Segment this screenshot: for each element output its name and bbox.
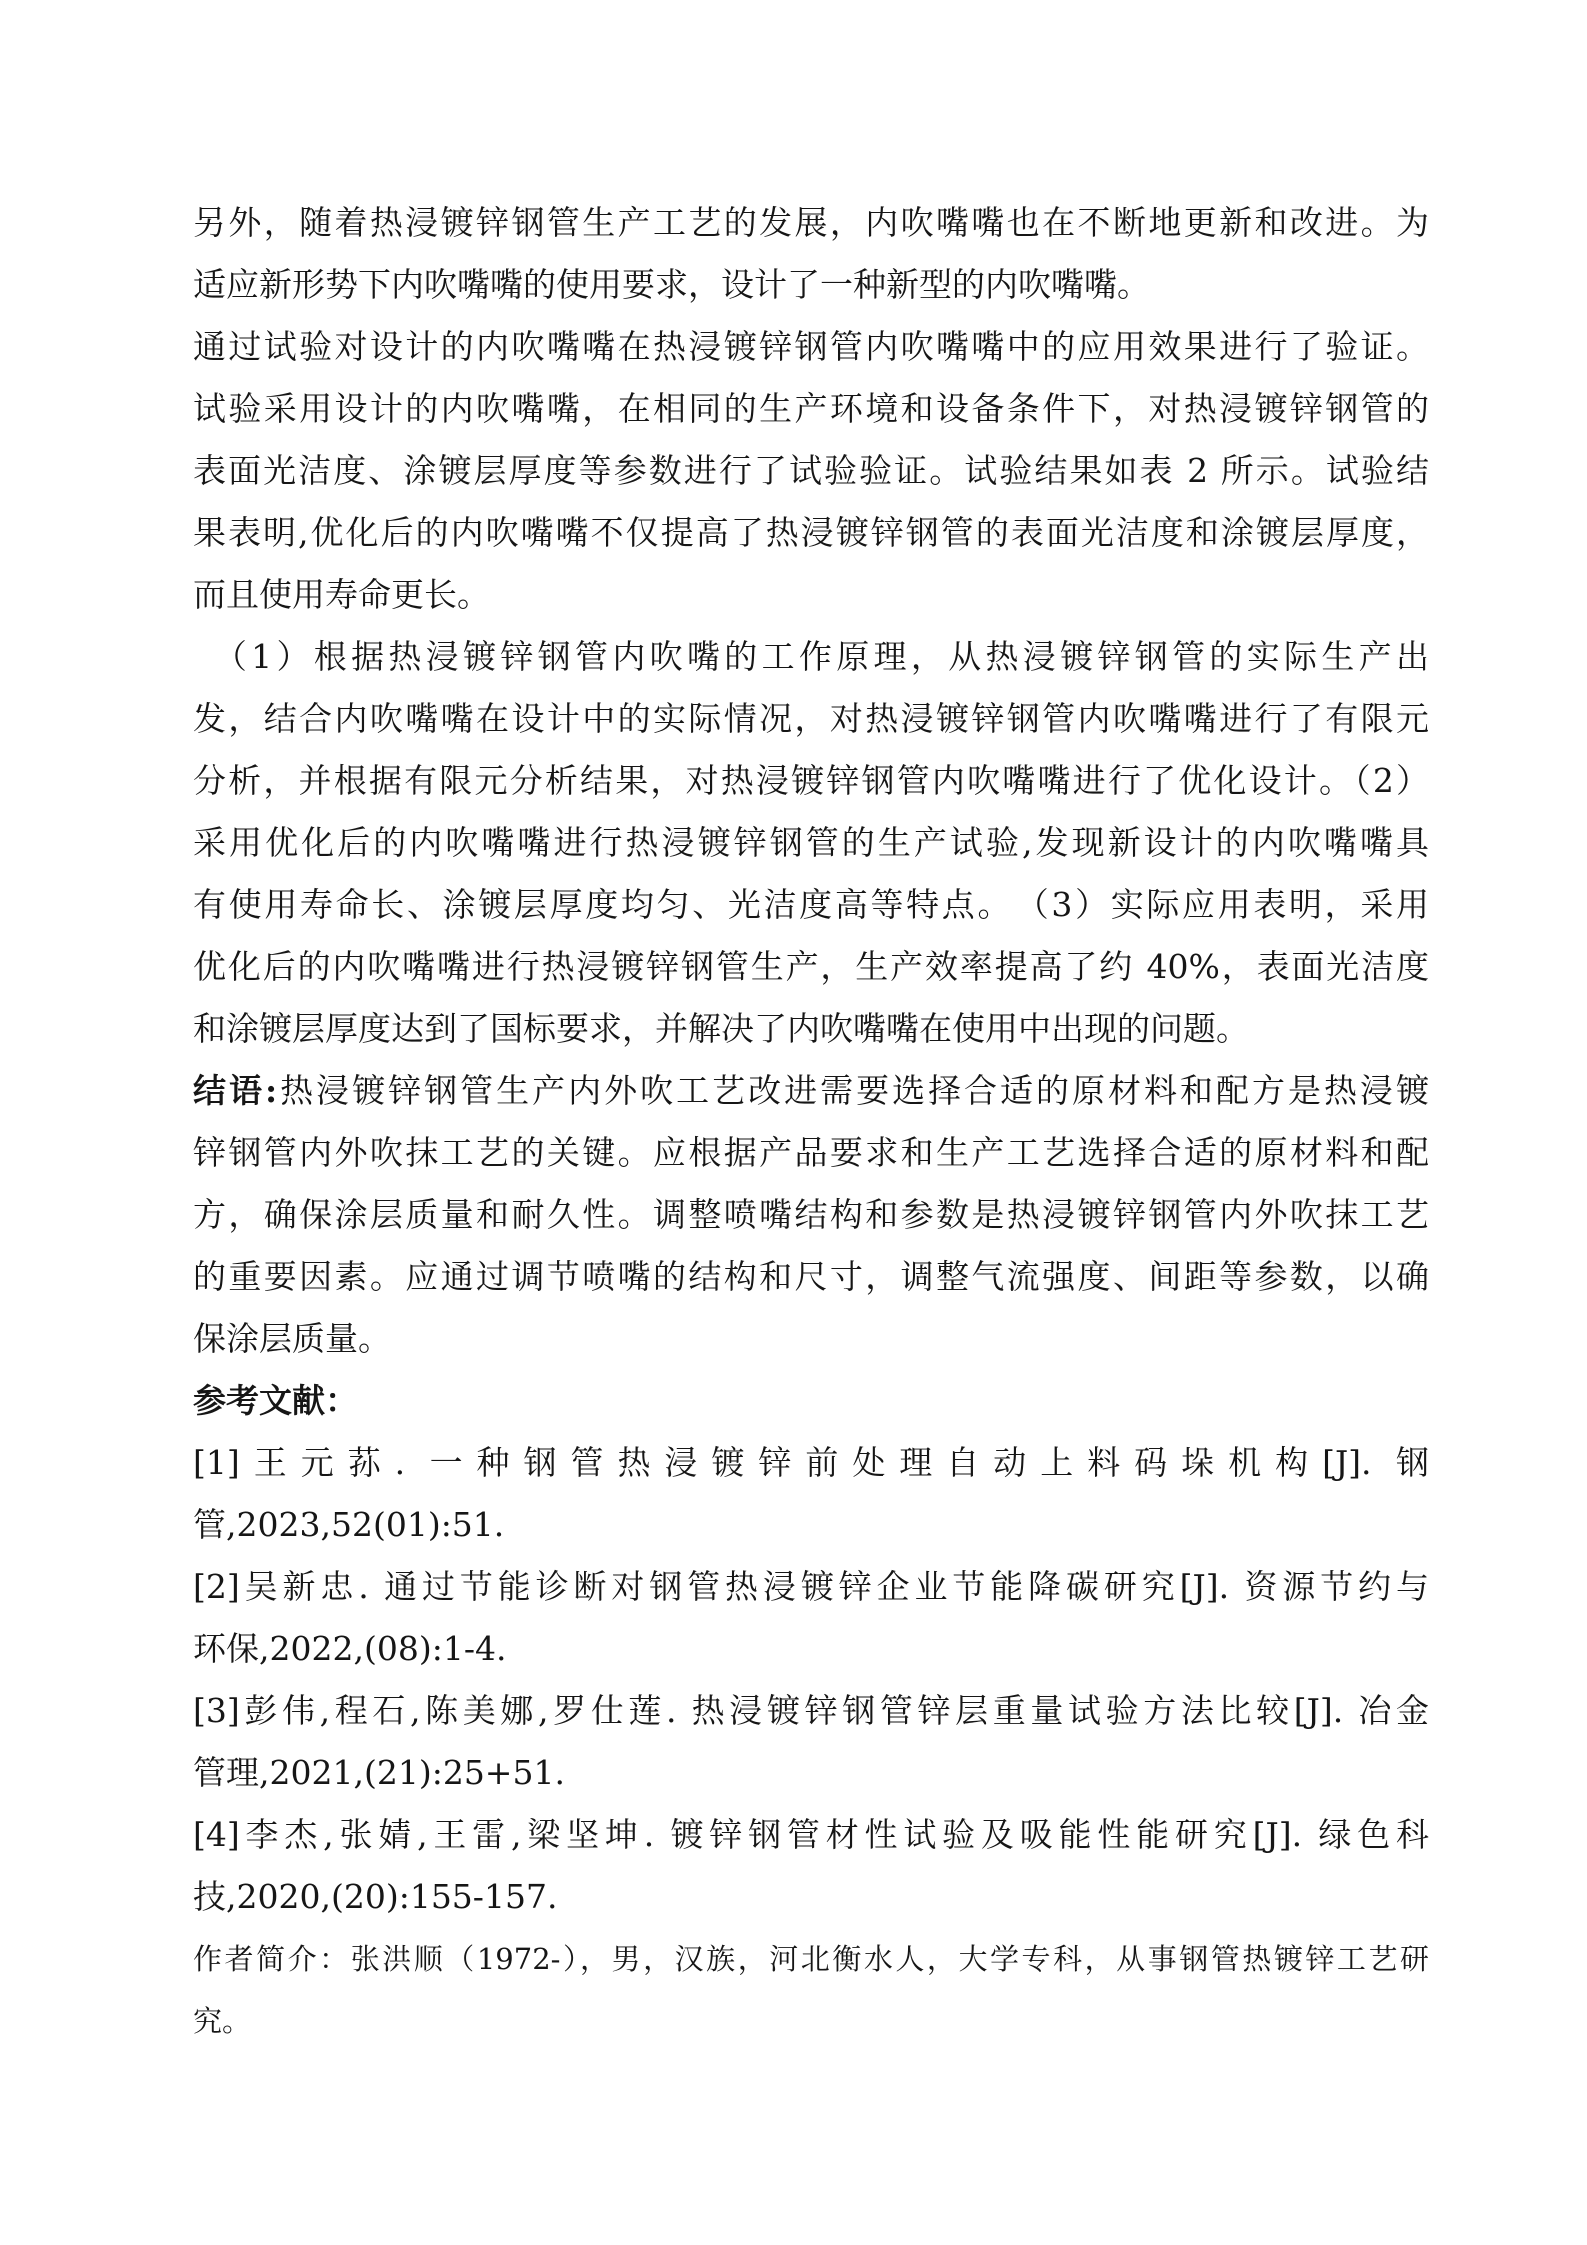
para-intro: 另外，随着热浸镀锌钢管生产工艺的发展，内吹嘴嘴也在不断地更新和改进。为适应新形势… [193,192,1429,316]
text-line: （1）根据热浸镀锌钢管内吹嘴的工作原理，从热浸镀锌钢管的实际生产出 [193,626,1429,688]
text-line: 表面光洁度、涂镀层厚度等参数进行了试验验证。试验结果如表 2 所示。试验结 [193,440,1429,502]
text-line: 分析，并根据有限元分析结果，对热浸镀锌钢管内吹嘴嘴进行了优化设计。（2） [193,750,1429,812]
text-line: [1]王元荪. 一种钢管热浸镀锌前处理自动上料码垛机构[J]. 钢 [193,1432,1429,1494]
reference-3: [3]彭伟,程石,陈美娜,罗仕莲. 热浸镀锌钢管锌层重量试验方法比较[J]. 冶… [193,1680,1429,1804]
text-line: 而且使用寿命更长。 [193,564,1429,626]
text-line: 适应新形势下内吹嘴嘴的使用要求，设计了一种新型的内吹嘴嘴。 [193,254,1429,316]
text-line: 试验采用设计的内吹嘴嘴，在相同的生产环境和设备条件下，对热浸镀锌钢管的 [193,378,1429,440]
text-line: 通过试验对设计的内吹嘴嘴在热浸镀锌钢管内吹嘴嘴中的应用效果进行了验证。 [193,316,1429,378]
text-line: [2]吴新忠. 通过节能诊断对钢管热浸镀锌企业节能降碳研究[J]. 资源节约与 [193,1556,1429,1618]
text-line: 保涂层质量。 [193,1308,1429,1370]
author-bio: 作者简介：张洪顺（1972-），男，汉族，河北衡水人，大学专科，从事钢管热镀锌工… [193,1928,1429,2052]
text-line: 方，确保涂层质量和耐久性。调整喷嘴结构和参数是热浸镀锌钢管内外吹抹工艺 [193,1184,1429,1246]
para-summary: 结语:热浸镀锌钢管生产内外吹工艺改进需要选择合适的原材料和配方是热浸镀锌钢管内外… [193,1060,1429,1370]
text-line: 结语:热浸镀锌钢管生产内外吹工艺改进需要选择合适的原材料和配方是热浸镀 [193,1060,1429,1122]
text-line: 管理,2021,(21):25+51. [193,1742,1429,1804]
references-heading: 参考文献： [193,1370,1429,1432]
text-line: 优化后的内吹嘴嘴进行热浸镀锌钢管生产，生产效率提高了约 40%，表面光洁度 [193,936,1429,998]
text-line: [4]李杰,张婧,王雷,梁坚坤. 镀锌钢管材性试验及吸能性能研究[J]. 绿色科 [193,1804,1429,1866]
text-line: 采用优化后的内吹嘴嘴进行热浸镀锌钢管的生产试验,发现新设计的内吹嘴嘴具 [193,812,1429,874]
para-conclusion-points: （1）根据热浸镀锌钢管内吹嘴的工作原理，从热浸镀锌钢管的实际生产出发，结合内吹嘴… [193,626,1429,1060]
text-line: 发，结合内吹嘴嘴在设计中的实际情况，对热浸镀锌钢管内吹嘴嘴进行了有限元 [193,688,1429,750]
text-line: 究。 [193,1990,1429,2052]
text-line: 参考文献： [193,1370,1429,1432]
text-line: 有使用寿命长、涂镀层厚度均匀、光洁度高等特点。 （3）实际应用表明，采用 [193,874,1429,936]
reference-4: [4]李杰,张婧,王雷,梁坚坤. 镀锌钢管材性试验及吸能性能研究[J]. 绿色科… [193,1804,1429,1928]
reference-2: [2]吴新忠. 通过节能诊断对钢管热浸镀锌企业节能降碳研究[J]. 资源节约与环… [193,1556,1429,1680]
text-line: 和涂镀层厚度达到了国标要求，并解决了内吹嘴嘴在使用中出现的问题。 [193,998,1429,1060]
para-experiment-validation: 通过试验对设计的内吹嘴嘴在热浸镀锌钢管内吹嘴嘴中的应用效果进行了验证。试验采用设… [193,316,1429,626]
bold-lead-in: 结语: [193,1071,277,1110]
text-line: 管,2023,52(01):51. [193,1494,1429,1556]
text-line: 另外，随着热浸镀锌钢管生产工艺的发展，内吹嘴嘴也在不断地更新和改进。为 [193,192,1429,254]
text-line: 果表明,优化后的内吹嘴嘴不仅提高了热浸镀锌钢管的表面光洁度和涂镀层厚度， [193,502,1429,564]
text-line: 技,2020,(20):155-157. [193,1866,1429,1928]
reference-1: [1]王元荪. 一种钢管热浸镀锌前处理自动上料码垛机构[J]. 钢管,2023,… [193,1432,1429,1556]
document-content: 另外，随着热浸镀锌钢管生产工艺的发展，内吹嘴嘴也在不断地更新和改进。为适应新形势… [193,192,1429,2052]
text-line: 作者简介：张洪顺（1972-），男，汉族，河北衡水人，大学专科，从事钢管热镀锌工… [193,1928,1429,1990]
text-line: 环保,2022,(08):1-4. [193,1618,1429,1680]
text-line: [3]彭伟,程石,陈美娜,罗仕莲. 热浸镀锌钢管锌层重量试验方法比较[J]. 冶… [193,1680,1429,1742]
text-line: 锌钢管内外吹抹工艺的关键。应根据产品要求和生产工艺选择合适的原材料和配 [193,1122,1429,1184]
text-line: 的重要因素。应通过调节喷嘴的结构和尺寸，调整气流强度、间距等参数，以确 [193,1246,1429,1308]
